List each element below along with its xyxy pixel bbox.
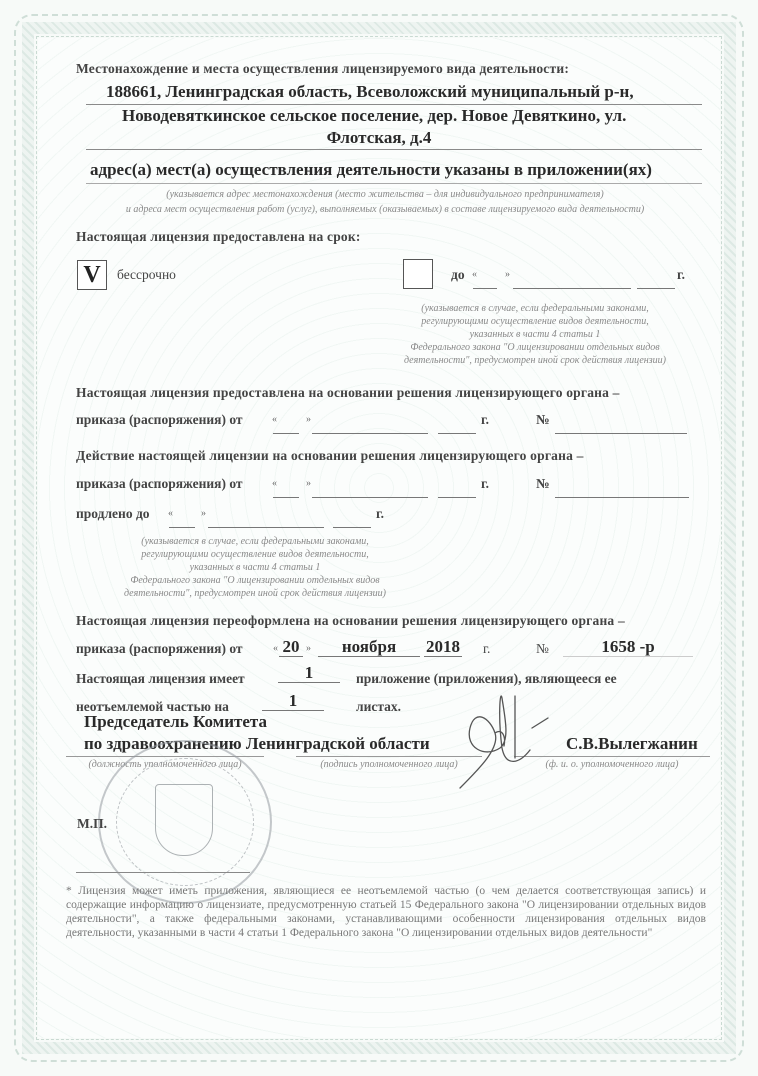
term-heading: Настоящая лицензия предоставлена на срок…	[76, 229, 361, 245]
granted-day-field[interactable]	[273, 415, 299, 434]
granted-year-field[interactable]	[438, 415, 476, 434]
granted-order-label: приказа (распоряжения) от	[76, 412, 243, 428]
extended-year-field[interactable]	[438, 479, 476, 498]
reissued-number-sign: №	[536, 641, 549, 657]
location-hint-1: (указывается адрес местонахождения (мест…	[60, 188, 710, 201]
appendix-count-suffix: приложение (приложения), являющееся ее	[356, 671, 617, 687]
address-line-3: Флотская, д.4	[0, 128, 758, 148]
granted-number-field[interactable]	[555, 415, 687, 434]
granted-month-field[interactable]	[312, 415, 428, 434]
quote-close: »	[201, 508, 206, 519]
quote-close: »	[306, 478, 311, 489]
term-hint: (указывается в случае, если федеральными…	[360, 302, 710, 367]
coat-of-arms-icon	[155, 784, 213, 856]
term-hint-line: указанных в части 4 статьи 1	[360, 328, 710, 341]
address-underline-1	[86, 104, 702, 105]
stamp-underline	[76, 872, 250, 873]
address-line-2: Новодевяткинское сельское поселение, дер…	[122, 106, 626, 126]
extended-until-year-suffix: г.	[376, 506, 384, 522]
until-month-field[interactable]	[513, 270, 631, 289]
unlimited-term-label: бессрочно	[117, 267, 176, 283]
official-seal-stamp	[98, 740, 272, 904]
term-hint-line: регулирующими осуществление видов деятел…	[360, 315, 710, 328]
signer-position-line-2: по здравоохранению Ленинградской области	[84, 734, 430, 754]
location-heading: Местонахождение и места осуществления ли…	[76, 61, 569, 77]
reissued-day-field[interactable]: 20	[279, 638, 303, 657]
handwritten-signature-icon	[440, 688, 560, 798]
quote-close: »	[505, 269, 510, 280]
stamp-place-label: М.П.	[77, 816, 107, 832]
extended-until-label: продлено до	[76, 506, 150, 522]
reissued-order-label: приказа (распоряжения) от	[76, 641, 243, 657]
extended-day-field[interactable]	[273, 479, 299, 498]
address-line-1: 188661, Ленинградская область, Всеволожс…	[106, 82, 634, 102]
appendix-count-field[interactable]: 1	[278, 664, 340, 683]
extended-month-field[interactable]	[312, 479, 428, 498]
until-date-checkbox[interactable]	[403, 259, 433, 289]
granted-year-suffix: г.	[481, 412, 489, 428]
extended-order-label: приказа (распоряжения) от	[76, 476, 243, 492]
extended-number-sign: №	[536, 476, 550, 492]
extended-until-day-field[interactable]	[169, 509, 195, 528]
reissued-number-field[interactable]: 1658 -р	[563, 638, 693, 657]
term-hint-line: Федерального закона "О лицензировании от…	[360, 341, 710, 354]
location-hint-2: и адреса мест осуществления работ (услуг…	[60, 203, 710, 216]
extended-hint-line: (указывается в случае, если федеральными…	[60, 535, 450, 548]
until-day-field[interactable]	[473, 270, 497, 289]
signer-name: С.В.Вылегжанин	[566, 734, 698, 754]
quote-close: »	[306, 643, 311, 654]
granted-heading: Настоящая лицензия предоставлена на осно…	[76, 385, 620, 401]
extended-until-month-field[interactable]	[208, 509, 324, 528]
until-year-suffix: г.	[677, 267, 685, 283]
extended-number-field[interactable]	[555, 479, 689, 498]
appendix-sheets-field[interactable]: 1	[262, 692, 324, 711]
quote-open: «	[273, 643, 278, 654]
term-hint-line: (указывается в случае, если федеральными…	[360, 302, 710, 315]
extended-year-suffix: г.	[481, 476, 489, 492]
until-date-label: до	[451, 267, 465, 283]
appendix-sheets-suffix: листах.	[356, 699, 401, 715]
reissued-month-field[interactable]: ноября	[318, 638, 420, 657]
footnote: * Лицензия может иметь приложения, являю…	[66, 884, 706, 940]
reissued-year-field[interactable]: 2018	[424, 638, 462, 657]
signer-position-line-1: Председатель Комитета	[84, 712, 267, 732]
extended-hint-line: Федерального закона "О лицензировании от…	[60, 574, 450, 587]
reissued-heading: Настоящая лицензия переоформлена на осно…	[76, 613, 625, 629]
extended-hint: (указывается в случае, если федеральными…	[60, 535, 450, 600]
extended-hint-line: указанных в части 4 статьи 1	[60, 561, 450, 574]
extended-heading: Действие настоящей лицензии на основании…	[76, 448, 584, 464]
activity-places-note: адрес(а) мест(а) осуществления деятельно…	[90, 160, 652, 180]
term-hint-line: деятельности", предусмотрен иной срок де…	[360, 354, 710, 367]
granted-number-sign: №	[536, 412, 550, 428]
extended-until-year-field[interactable]	[333, 509, 371, 528]
appendix-has-label: Настоящая лицензия имеет	[76, 671, 245, 687]
quote-close: »	[306, 414, 311, 425]
reissued-year-suffix: г.	[483, 641, 490, 657]
address-underline-2	[86, 149, 702, 150]
extended-hint-line: регулирующими осуществление видов деятел…	[60, 548, 450, 561]
until-year-field[interactable]	[637, 270, 675, 289]
activity-underline	[86, 183, 702, 184]
unlimited-term-checkbox[interactable]: V	[77, 260, 107, 290]
extended-hint-line: деятельности", предусмотрен иной срок де…	[60, 587, 450, 600]
